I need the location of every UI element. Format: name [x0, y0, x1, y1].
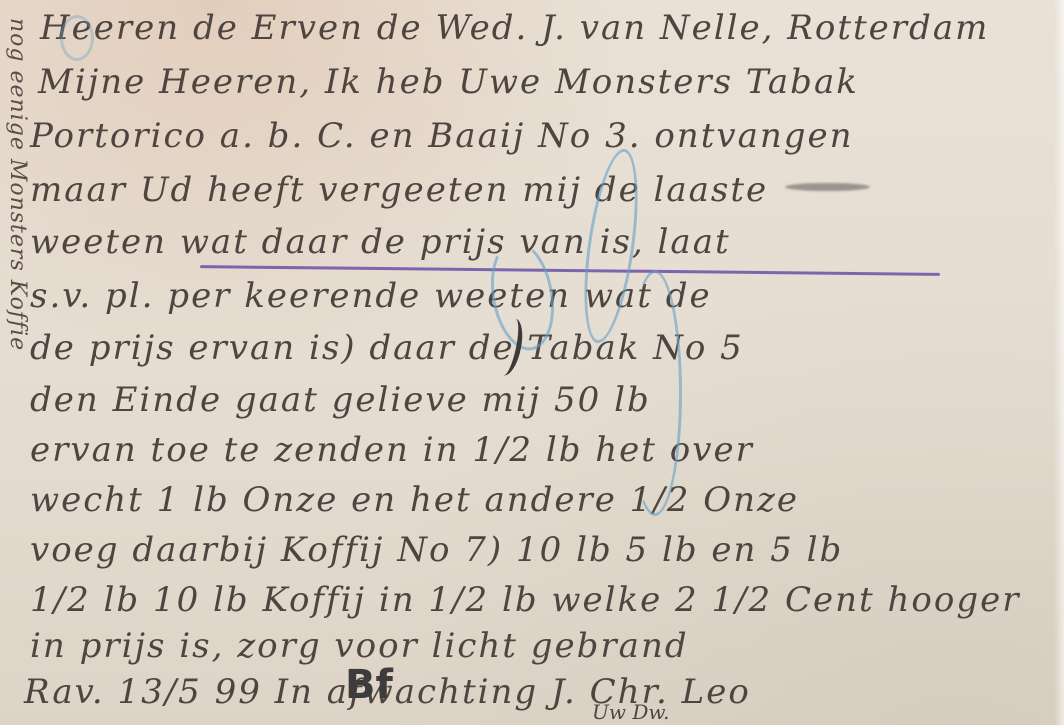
line-8: den Einde gaat gelieve mij 50 lb [30, 380, 651, 420]
line-4: maar Ud heeft vergeeten mij de laaste [30, 170, 768, 210]
line-3: Portorico a. b. C. en Baaij No 3. ontvan… [30, 116, 854, 156]
blue-pencil-loop-3 [628, 270, 682, 516]
line-13: in prijs is, zorg voor licht gebrand [30, 626, 689, 666]
ink-smudge [785, 183, 870, 191]
card-edge [1054, 0, 1064, 725]
blue-pencil-mark-topleft [60, 15, 94, 61]
line-11: voeg daarbij Koffij No 7) 10 lb 5 lb en … [30, 530, 843, 570]
margin-note: nog eenige Monsters Koffie [5, 18, 30, 498]
line-address: Heeren de Erven de Wed. J. van Nelle, Ro… [40, 8, 989, 48]
closing-subscript: Uw Dw. [592, 700, 669, 724]
line-12: 1/2 lb 10 lb Koffij in 1/2 lb welke 2 1/… [30, 580, 1020, 620]
purple-pencil-line [200, 265, 940, 276]
line-salutation: Mijne Heeren, Ik heb Uwe Monsters Tabak [38, 62, 859, 102]
postcard: nog eenige Monsters Koffie Heeren de Erv… [0, 0, 1064, 725]
pencil-initials: Bf [345, 662, 393, 708]
line-10: wecht 1 lb Onze en het andere 1/2 Onze [30, 480, 799, 520]
